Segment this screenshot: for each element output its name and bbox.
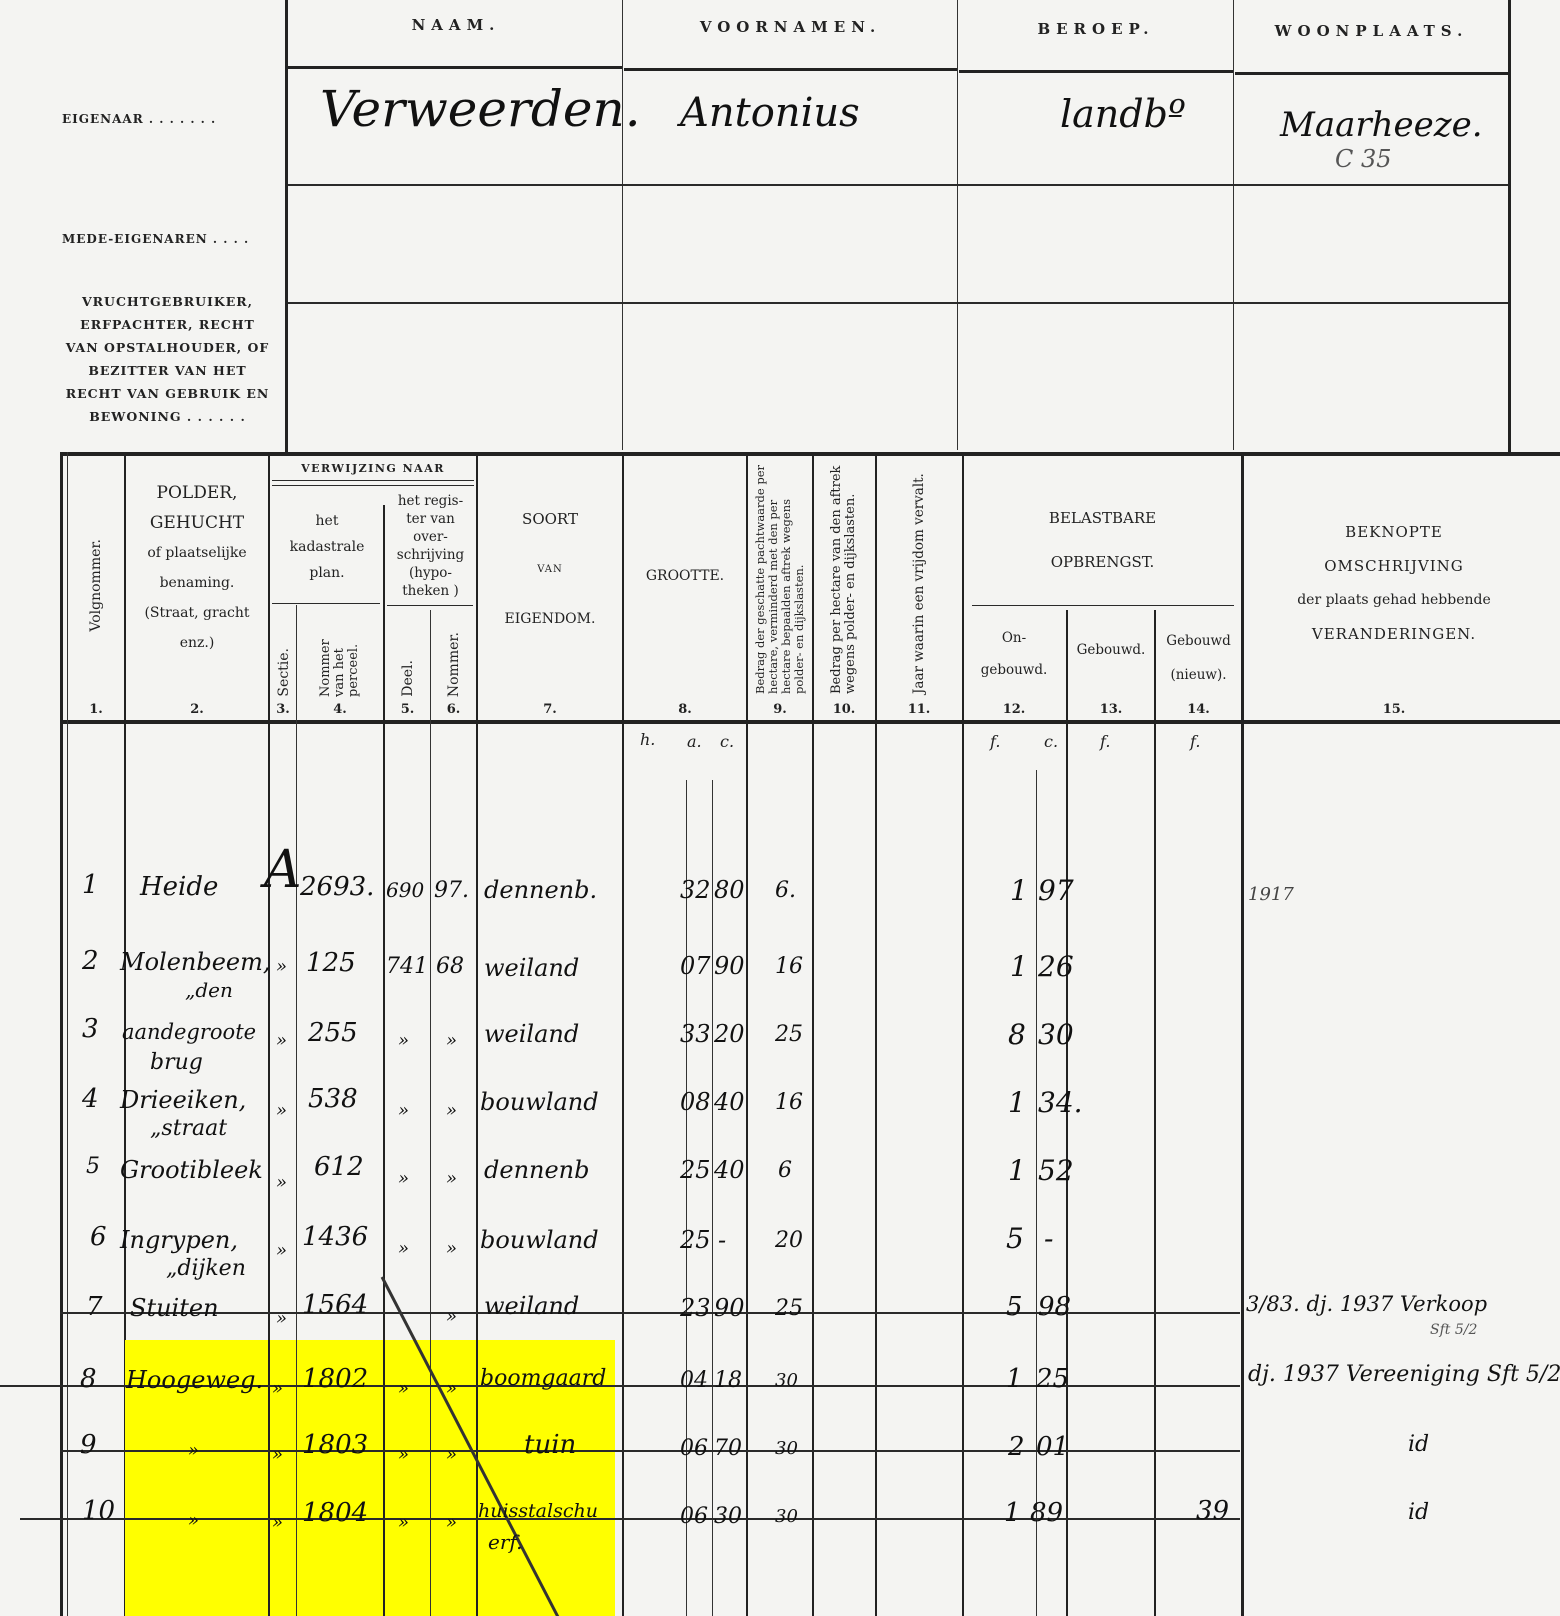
cell-sectie: » xyxy=(276,1240,287,1261)
header-verwijzing: VERWIJZING NAAR xyxy=(270,462,476,475)
cell-c: 25 xyxy=(1036,1364,1069,1394)
cell-soort-2: erf. xyxy=(488,1530,522,1554)
header-line: of plaatselijke xyxy=(126,538,268,568)
cell-soort: dennenb. xyxy=(484,876,597,904)
cell-are: 90 xyxy=(714,1294,745,1322)
header-text: Deel. xyxy=(400,660,416,697)
unit-h: h. xyxy=(640,730,655,749)
divider xyxy=(622,456,624,1616)
rule xyxy=(288,302,1508,304)
header-line: (hypo- xyxy=(385,564,476,582)
header-voornamen: VOORNAMEN. xyxy=(624,18,957,36)
cell-nr: 10 xyxy=(82,1496,115,1526)
colnum: 7. xyxy=(478,702,622,717)
header-line: over- xyxy=(385,528,476,546)
cell-soort: weiland xyxy=(484,1020,579,1048)
divider xyxy=(1508,0,1511,455)
cell-nommer: » xyxy=(446,1168,457,1189)
cell-col9: 25 xyxy=(775,1296,803,1321)
cell-c: 98 xyxy=(1038,1292,1071,1322)
colnum: 12. xyxy=(964,702,1064,717)
cell-deel: » xyxy=(398,1168,409,1189)
cell-f: 1 xyxy=(1004,1498,1021,1528)
cell-perceel: 1564 xyxy=(302,1290,368,1320)
cell-sectie: » xyxy=(272,1378,283,1399)
cell-polder: Stuiten xyxy=(130,1294,219,1322)
header-line: VAN xyxy=(478,564,622,575)
cell-perceel: 255 xyxy=(308,1018,358,1048)
cell-nr: 7 xyxy=(86,1292,103,1322)
cell-ha: 33 xyxy=(680,1020,711,1048)
cell-f14: 39 xyxy=(1196,1496,1229,1526)
header-col9: Bedrag der geschatte pachtwaarde per hec… xyxy=(748,462,812,694)
divider xyxy=(686,780,687,1616)
cell-sectie: » xyxy=(272,1444,283,1465)
colnum: 13. xyxy=(1068,702,1154,717)
header-register: het regis- ter van over- schrijving (hyp… xyxy=(385,492,476,600)
cell-sectie: » xyxy=(272,1512,283,1533)
divider xyxy=(875,456,877,1616)
cell-c: - xyxy=(1044,1222,1053,1255)
owner-beroep: landbº xyxy=(1060,92,1186,136)
cell-polder-2: brug xyxy=(150,1050,203,1075)
cell-deel: 690 xyxy=(386,878,424,902)
cell-polder: Grootibleek xyxy=(120,1156,263,1184)
header-line: EIGENDOM. xyxy=(478,611,622,627)
cell-perceel: 1436 xyxy=(302,1222,368,1252)
cell-soort: bouwland xyxy=(480,1226,599,1254)
cell-f: 2 xyxy=(1008,1432,1025,1462)
header-line: OMSCHRIJVING xyxy=(1244,549,1544,583)
cell-soort: dennenb xyxy=(484,1156,590,1184)
divider xyxy=(268,1340,270,1616)
header-line: plan. xyxy=(272,560,382,586)
colnum: 14. xyxy=(1156,702,1241,717)
cell-perceel: 2693. xyxy=(300,872,374,902)
unit-c12: c. xyxy=(1044,732,1058,751)
header-col13: Gebouwd. xyxy=(1068,642,1154,658)
cell-perceel: 125 xyxy=(306,948,356,978)
cell-remark: 1917 xyxy=(1248,884,1294,905)
header-naam: NAAM. xyxy=(290,16,622,34)
cell-nommer: » xyxy=(446,1030,457,1051)
header-col6: Nommer. xyxy=(432,612,475,697)
header-line: Gebouwd xyxy=(1156,624,1241,658)
rule xyxy=(624,68,957,71)
header-col12: On- gebouwd. xyxy=(964,622,1064,686)
cell-nr: 5 xyxy=(86,1154,100,1179)
cell-f: 8 xyxy=(1008,1018,1026,1051)
rule xyxy=(60,452,1560,456)
cell-polder-2: „den xyxy=(185,978,233,1002)
header-kadastrale: het kadastrale plan. xyxy=(272,508,382,586)
cell-soort: weiland xyxy=(484,954,579,982)
cell-col9: 30 xyxy=(775,1438,798,1459)
cell-ha: 32 xyxy=(680,876,711,904)
divider xyxy=(67,452,68,1616)
cell-ha: 07 xyxy=(680,952,711,980)
cell-are: 90 xyxy=(714,952,745,980)
owner-voornamen: Antonius xyxy=(680,90,860,136)
header-line: VERANDERINGEN. xyxy=(1244,617,1544,651)
cell-col9: 6 xyxy=(778,1158,792,1183)
cell-nr: 3 xyxy=(82,1014,99,1044)
cell-nr: 4 xyxy=(82,1084,99,1114)
cell-nommer: 68 xyxy=(436,954,464,979)
cell-deel: » xyxy=(398,1100,409,1121)
cell-soort: tuin xyxy=(524,1430,576,1460)
colnum: 15. xyxy=(1244,702,1544,717)
owner-woonplaats-note: C 35 xyxy=(1335,145,1392,173)
cell-c: 34. xyxy=(1038,1086,1083,1119)
header-text: Volgnommer. xyxy=(88,539,104,632)
cell-f: 1 xyxy=(1006,1364,1023,1394)
header-col2: POLDER, GEHUCHT of plaatselijke benaming… xyxy=(126,478,268,658)
cell-nr: 9 xyxy=(80,1430,97,1460)
header-line: schrijving xyxy=(385,546,476,564)
header-col11: Jaar waarin een vrijdom vervalt. xyxy=(878,462,960,694)
cell-remark: dj. 1937 Vereeniging Sft 5/2 xyxy=(1248,1362,1560,1387)
divider xyxy=(296,1340,297,1616)
cell-c: 26 xyxy=(1038,950,1074,983)
cell-f: 1 xyxy=(1008,1086,1026,1119)
unit-f14: f. xyxy=(1190,732,1200,751)
cell-perceel: 1803 xyxy=(302,1430,368,1460)
header-line: (Straat, gracht xyxy=(126,598,268,628)
cell-polder: Drieeiken, xyxy=(120,1086,246,1114)
cell-remark-2: Sft 5/2 xyxy=(1430,1322,1477,1338)
cell-nr: 2 xyxy=(82,946,99,976)
cell-are: 40 xyxy=(714,1088,745,1116)
cell-col9: 20 xyxy=(775,1228,803,1253)
label-line: ERFPACHTER, RECHT xyxy=(55,313,280,336)
rule xyxy=(272,603,380,604)
cell-f: 5 xyxy=(1006,1222,1024,1255)
header-text: Nommer. xyxy=(446,632,462,697)
label-vruchtgebruiker: VRUCHTGEBRUIKER, ERFPACHTER, RECHT VAN O… xyxy=(55,290,280,428)
header-line: benaming. xyxy=(126,568,268,598)
colnum: 9. xyxy=(748,702,812,717)
divider xyxy=(1154,610,1156,1616)
header-line: GEHUCHT xyxy=(126,508,268,538)
cell-sectie: » xyxy=(276,956,287,977)
cell-soort: weiland xyxy=(484,1292,579,1320)
header-beroep: BEROEP. xyxy=(959,20,1233,38)
cell-remark: id xyxy=(1408,1500,1429,1525)
divider xyxy=(60,452,63,1616)
cell-are: 70 xyxy=(714,1436,742,1461)
header-line: gebouwd. xyxy=(964,654,1064,686)
cell-nommer: 97. xyxy=(434,878,469,903)
owner-naam: Verweerden. xyxy=(320,80,641,138)
cell-f: 1 xyxy=(1010,950,1028,983)
colnum: 3. xyxy=(270,702,296,717)
cell-are: - xyxy=(718,1226,726,1254)
colnum: 5. xyxy=(386,702,429,717)
rule xyxy=(959,70,1233,73)
cell-polder: aandegroote xyxy=(122,1020,256,1044)
cell-nr: 6 xyxy=(90,1222,107,1252)
rule xyxy=(288,66,622,69)
cell-perceel: 1804 xyxy=(302,1498,368,1528)
colnum: 6. xyxy=(432,702,475,717)
cell-col9: 30 xyxy=(775,1370,798,1391)
cell-deel: 741 xyxy=(386,954,428,979)
cell-are: 20 xyxy=(714,1020,745,1048)
label-mede-eigenaren: MEDE-EIGENAREN . . . . xyxy=(62,232,282,246)
cell-polder: Ingrypen, xyxy=(120,1226,238,1254)
header-line: kadastrale xyxy=(272,534,382,560)
cell-nommer: » xyxy=(446,1444,457,1465)
cell-polder-2: „dijken xyxy=(166,1256,246,1281)
header-line: On- xyxy=(964,622,1064,654)
label-line: RECHT VAN GEBRUIK EN xyxy=(55,382,280,405)
cell-col9: 16 xyxy=(775,1090,803,1115)
cell-sectie: » xyxy=(276,1030,287,1051)
header-line: enz.) xyxy=(126,628,268,658)
header-line: POLDER, xyxy=(126,478,268,508)
cell-remark: 3/83. dj. 1937 Verkoop xyxy=(1246,1292,1487,1316)
header-line: het xyxy=(272,508,382,534)
cell-polder-2: „straat xyxy=(150,1116,227,1141)
colnum: 11. xyxy=(878,702,960,717)
cell-c: 52 xyxy=(1038,1154,1074,1187)
header-text: Bedrag der geschatte pachtwaarde per hec… xyxy=(754,462,806,694)
unit-f12: f. xyxy=(990,732,1000,751)
header-line: BELASTBARE xyxy=(964,496,1241,540)
cell-sectie: A xyxy=(264,840,302,900)
cell-soort: bouwland xyxy=(480,1088,599,1116)
cell-soort: huisstalschu xyxy=(478,1500,598,1522)
cell-are: 30 xyxy=(714,1504,742,1529)
header-belastbare: BELASTBARE OPBRENGST. xyxy=(964,496,1241,584)
cell-col9: 6. xyxy=(775,878,796,903)
header-line: ter van xyxy=(385,510,476,528)
cell-nr: 8 xyxy=(80,1364,97,1394)
cell-ha: 06 xyxy=(680,1436,708,1461)
cell-deel: » xyxy=(398,1512,409,1533)
label-line: BEWONING . . . . . . xyxy=(55,405,280,428)
cell-sectie: » xyxy=(276,1308,287,1329)
cell-ha: 25 xyxy=(680,1156,711,1184)
header-text: Jaar waarin een vrijdom vervalt. xyxy=(909,462,929,694)
cell-soort: boomgaard xyxy=(480,1366,606,1391)
cell-nommer: » xyxy=(446,1100,457,1121)
unit-f13: f. xyxy=(1100,732,1110,751)
divider xyxy=(957,0,958,450)
cell-f: 1 xyxy=(1008,1154,1026,1187)
cell-deel: » xyxy=(398,1030,409,1051)
header-col5: Deel. xyxy=(386,612,429,697)
cell-perceel: 1802 xyxy=(302,1364,368,1394)
header-col15: BEKNOPTE OMSCHRIJVING der plaats gehad h… xyxy=(1244,515,1544,651)
header-line: theken ) xyxy=(385,582,476,600)
cell-are: 80 xyxy=(714,876,745,904)
colnum: 8. xyxy=(624,702,746,717)
cell-ha: 06 xyxy=(680,1504,708,1529)
cell-c: 89 xyxy=(1030,1498,1063,1528)
colnum: 2. xyxy=(126,702,268,717)
cell-c: 01 xyxy=(1036,1432,1069,1462)
header-text: Nommer van het perceel. xyxy=(319,612,361,697)
header-col8: GROOTTE. xyxy=(624,568,746,584)
rule xyxy=(387,605,473,606)
unit-a: a. xyxy=(687,732,702,751)
label-line: VAN OPSTALHOUDER, OF xyxy=(55,336,280,359)
header-col10: Bedrag per hectare van den aftrek wegens… xyxy=(814,462,874,694)
colnum: 4. xyxy=(298,702,382,717)
cell-ha: 08 xyxy=(680,1088,711,1116)
header-text: Bedrag per hectare van den aftrek wegens… xyxy=(830,462,858,694)
cell-nommer: » xyxy=(446,1238,457,1259)
cell-sectie: » xyxy=(276,1172,287,1193)
header-line: OPBRENGST. xyxy=(964,540,1241,584)
cell-sectie: » xyxy=(276,1100,287,1121)
header-line: SOORT xyxy=(478,510,622,528)
divider xyxy=(1233,0,1234,450)
header-col1: Volgnommer. xyxy=(70,460,122,710)
cell-ha: 04 xyxy=(680,1368,708,1393)
label-line: BEZITTER VAN HET xyxy=(55,359,280,382)
cell-ha: 25 xyxy=(680,1226,711,1254)
cell-c: 30 xyxy=(1038,1018,1074,1051)
cell-polder: Molenbeem, xyxy=(120,948,271,976)
cell-deel: » xyxy=(398,1444,409,1465)
cell-deel: » xyxy=(398,1238,409,1259)
cell-polder: Heide xyxy=(140,872,218,902)
divider xyxy=(1036,770,1037,1616)
rule xyxy=(272,480,474,481)
cell-c: 97 xyxy=(1038,874,1074,907)
cell-nommer: » xyxy=(446,1378,457,1399)
cell-nommer: » xyxy=(446,1512,457,1533)
label-line: VRUCHTGEBRUIKER, xyxy=(55,290,280,313)
header-col14: Gebouwd (nieuw). xyxy=(1156,624,1241,692)
colnum: 1. xyxy=(70,702,122,717)
cell-remark: id xyxy=(1408,1432,1429,1457)
cell-are: 18 xyxy=(714,1368,742,1393)
cell-nommer: » xyxy=(446,1306,457,1327)
label-eigenaar: EIGENAAR . . . . . . . xyxy=(62,112,282,126)
owner-woonplaats: Maarheeze. xyxy=(1280,105,1483,145)
cell-ha: 23 xyxy=(680,1294,711,1322)
unit-c: c. xyxy=(720,732,734,751)
cell-are: 40 xyxy=(714,1156,745,1184)
cell-polder: » xyxy=(188,1510,199,1531)
header-line: der plaats gehad hebbende xyxy=(1244,583,1544,617)
cell-col9: 30 xyxy=(775,1506,798,1527)
cell-perceel: 612 xyxy=(314,1152,364,1182)
rule xyxy=(972,605,1234,606)
colnum: 10. xyxy=(814,702,874,717)
header-col7: SOORT VAN EIGENDOM. xyxy=(478,510,622,627)
rule xyxy=(60,720,1560,724)
header-line: BEKNOPTE xyxy=(1244,515,1544,549)
divider xyxy=(712,780,713,1616)
cell-f: 5 xyxy=(1006,1292,1023,1322)
header-line: (nieuw). xyxy=(1156,658,1241,692)
cell-nr: 1 xyxy=(82,870,99,900)
header-woonplaats: WOONPLAATS. xyxy=(1235,22,1508,40)
cell-col9: 16 xyxy=(775,954,803,979)
cell-f: 1 xyxy=(1010,874,1028,907)
cell-perceel: 538 xyxy=(308,1084,358,1114)
cell-deel: » xyxy=(398,1378,409,1399)
header-text: Sectie. xyxy=(276,648,292,697)
cell-col9: 25 xyxy=(775,1022,803,1047)
rule xyxy=(288,184,1508,186)
cell-polder: » xyxy=(188,1440,199,1461)
cell-polder: Hoogeweg. xyxy=(126,1366,263,1394)
header-col4: Nommer van het perceel. xyxy=(298,612,382,697)
rule xyxy=(1235,72,1508,75)
rule xyxy=(272,485,474,486)
header-col3: Sectie. xyxy=(272,612,296,697)
header-line: het regis- xyxy=(385,492,476,510)
divider xyxy=(622,0,623,450)
